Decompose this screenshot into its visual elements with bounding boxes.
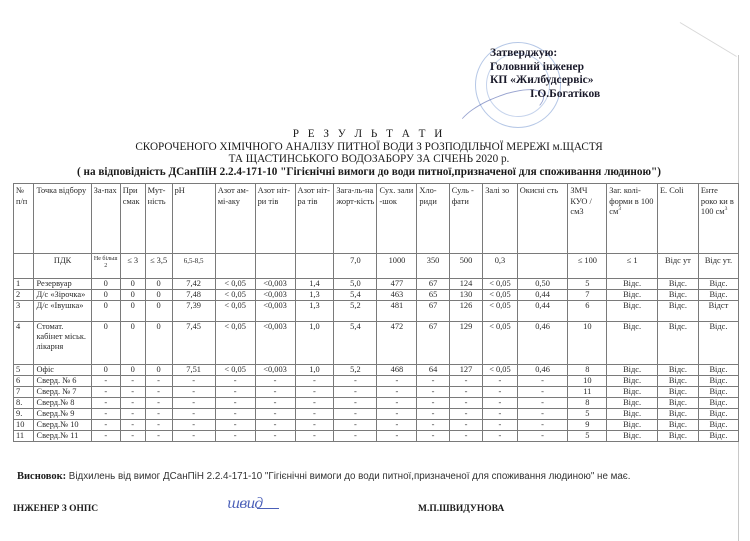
measurement-value: 0,50 (517, 279, 568, 290)
measurement-value: Відс. (607, 420, 658, 431)
measurement-value: - (120, 431, 145, 442)
measurement-value: - (377, 376, 417, 387)
measurement-value: 10 (568, 376, 607, 387)
approval-position: Головний інженер (490, 61, 600, 75)
measurement-value: 124 (449, 279, 482, 290)
measurement-value: 0 (91, 301, 120, 322)
table-row: 8.Сверд.№ 8-------------8Відс.Відс.Відс. (14, 398, 739, 409)
measurement-value: - (417, 376, 449, 387)
measurement-value: - (295, 376, 334, 387)
measurement-value: 1,3 (295, 301, 334, 322)
measurement-value: - (255, 431, 295, 442)
measurement-value: Відс. (698, 322, 738, 365)
measurement-value: 8 (568, 398, 607, 409)
pdk-value (215, 254, 255, 279)
measurement-value: - (449, 398, 482, 409)
measurement-value: Відс. (698, 409, 738, 420)
measurement-value: 0,46 (517, 322, 568, 365)
sampling-point: Резервуар (34, 279, 91, 290)
measurement-value: 463 (377, 290, 417, 301)
table-row: 3Д/с «Івушка»0007,39< 0,05<0,0031,35,248… (14, 301, 739, 322)
measurement-value: - (215, 376, 255, 387)
pdk-value: 350 (417, 254, 449, 279)
measurement-value: - (483, 387, 518, 398)
measurement-value: - (483, 431, 518, 442)
pdk-value (295, 254, 334, 279)
measurement-value: - (255, 420, 295, 431)
measurement-value: Відс. (698, 279, 738, 290)
measurement-value: Відс. (657, 420, 698, 431)
measurement-value: Відс. (657, 301, 698, 322)
table-row: 5Офіс0007,51< 0,05<0,0031,05,246864127< … (14, 365, 739, 376)
superscript: 3 (618, 206, 621, 212)
measurement-value: 1,3 (295, 290, 334, 301)
measurement-value: 10 (568, 322, 607, 365)
sampling-point: Сверд.№ 10 (34, 420, 91, 431)
measurement-value: Відс. (657, 376, 698, 387)
measurement-value: - (91, 398, 120, 409)
table-row: 4Стомат. кабінет міськ. лікарня0007,45< … (14, 322, 739, 365)
measurement-value: - (449, 376, 482, 387)
measurement-value: Відс. (657, 398, 698, 409)
pdk-value: 7,0 (334, 254, 377, 279)
table-header-row: № п/пТочка відборуЗа-пахПри смакМут-ніст… (14, 184, 739, 254)
table-row-pdk: ПДКНе більш 2≤ 3≤ 3,56,5-8,57,0100035050… (14, 254, 739, 279)
measurement-value: 9 (568, 420, 607, 431)
conclusion-text: Відхилень від вимог ДСанПіН 2.2.4-171-10… (69, 471, 631, 482)
table-row: 10Сверд.№ 10-------------9Відс.Відс.Відс… (14, 420, 739, 431)
measurement-value: Відс. (698, 398, 738, 409)
page-fold-corner (680, 22, 737, 57)
measurement-value: - (215, 387, 255, 398)
measurement-value: - (483, 376, 518, 387)
engineer-signature: швид (227, 496, 262, 512)
table-row: 6Сверд. № 6-------------10Відс.Відс.Відс… (14, 376, 739, 387)
column-header: Окисні сть (517, 184, 568, 254)
measurement-value: 5,2 (334, 365, 377, 376)
measurement-value: - (172, 387, 215, 398)
row-number: 9. (14, 409, 34, 420)
measurement-value: Відс. (607, 409, 658, 420)
column-header: За-пах (91, 184, 120, 254)
measurement-value: - (120, 420, 145, 431)
approval-block: Затверджую: Головний інженер КП «Жилбудс… (490, 47, 600, 101)
measurement-value: 0 (91, 365, 120, 376)
measurement-value: Відс. (698, 290, 738, 301)
measurement-value: 0 (120, 301, 145, 322)
column-header: pH (172, 184, 215, 254)
measurement-value: 67 (417, 322, 449, 365)
column-header: Залі зо (483, 184, 518, 254)
measurement-value: Відс. (607, 279, 658, 290)
measurement-value: 67 (417, 279, 449, 290)
column-header: Сух. зали -шок (377, 184, 417, 254)
measurement-value: 67 (417, 301, 449, 322)
measurement-value: - (334, 398, 377, 409)
measurement-value: - (120, 376, 145, 387)
measurement-value: 0 (120, 322, 145, 365)
measurement-value: - (517, 420, 568, 431)
measurement-value: < 0,05 (483, 279, 518, 290)
measurement-value: 1,0 (295, 365, 334, 376)
title-period: ТА ЩАСТИНСЬКОГО ВОДОЗАБОРУ ЗА СІЧЕНЬ 202… (0, 153, 738, 166)
measurement-value: - (417, 420, 449, 431)
measurement-value: 472 (377, 322, 417, 365)
superscript: 3 (725, 206, 728, 212)
measurement-value: Відс. (657, 387, 698, 398)
measurement-value: - (172, 409, 215, 420)
measurement-value: 129 (449, 322, 482, 365)
measurement-value: 5 (568, 409, 607, 420)
measurement-value: 7 (568, 290, 607, 301)
pdk-label: ПДК (34, 254, 91, 279)
measurement-value: < 0,05 (483, 290, 518, 301)
measurement-value: 477 (377, 279, 417, 290)
measurement-value: 7,39 (172, 301, 215, 322)
measurement-value: Відс. (607, 290, 658, 301)
measurement-value: - (377, 398, 417, 409)
pdk-value: 0,3 (483, 254, 518, 279)
measurement-value: Відст (698, 301, 738, 322)
measurement-value: 0 (120, 290, 145, 301)
engineer-name: М.П.ШВИДУНОВА (418, 504, 504, 514)
measurement-value: 0 (120, 279, 145, 290)
pdk-value: Відс ут (657, 254, 698, 279)
measurement-value: Відс. (698, 376, 738, 387)
sampling-point: Сверд. № 7 (34, 387, 91, 398)
row-number: 11 (14, 431, 34, 442)
table-row: 1Резервуар0007,42< 0,05<0,0031,45,047767… (14, 279, 739, 290)
column-header: Суль - фати (449, 184, 482, 254)
measurement-value: < 0,05 (215, 279, 255, 290)
measurement-value: <0,003 (255, 322, 295, 365)
table-row: 11Сверд.№ 11-------------5Відс.Відс.Відс… (14, 431, 739, 442)
measurement-value: 130 (449, 290, 482, 301)
measurement-value: 0,46 (517, 365, 568, 376)
measurement-value: Відс. (698, 365, 738, 376)
measurement-value: - (172, 431, 215, 442)
approval-signatory: І.О.Богатіков (490, 88, 600, 102)
sampling-point: Сверд. № 6 (34, 376, 91, 387)
measurement-value: - (91, 420, 120, 431)
sampling-point: Сверд.№ 8 (34, 398, 91, 409)
measurement-value: Відс. (607, 322, 658, 365)
measurement-value: - (295, 409, 334, 420)
measurement-value: <0,003 (255, 279, 295, 290)
pdk-value: ≤ 3,5 (145, 254, 172, 279)
sampling-point: Сверд.№ 9 (34, 409, 91, 420)
measurement-value: 0 (91, 290, 120, 301)
measurement-value: - (120, 387, 145, 398)
measurement-value: - (91, 376, 120, 387)
sampling-point: Д/с «Івушка» (34, 301, 91, 322)
measurement-value: Відс. (657, 431, 698, 442)
pdk-value (255, 254, 295, 279)
measurement-value: 1,4 (295, 279, 334, 290)
column-header: Зага-ль-на жорт-кість (334, 184, 377, 254)
measurement-value: 7,45 (172, 322, 215, 365)
measurement-value: Відс. (607, 301, 658, 322)
measurement-value: 127 (449, 365, 482, 376)
measurement-value: < 0,05 (483, 365, 518, 376)
measurement-value: - (145, 376, 172, 387)
title-standard: ( на відповідність ДСанПіН 2.2.4-171-10 … (0, 166, 738, 179)
measurement-value: - (255, 376, 295, 387)
measurement-value: - (334, 420, 377, 431)
measurement-value: - (145, 409, 172, 420)
measurement-value: 5 (568, 279, 607, 290)
measurement-value: - (483, 420, 518, 431)
measurement-value: - (377, 387, 417, 398)
measurement-value: 481 (377, 301, 417, 322)
measurement-value: - (295, 398, 334, 409)
measurement-value: <0,003 (255, 301, 295, 322)
column-header: Азот ніт-ри тів (255, 184, 295, 254)
measurement-value: - (449, 409, 482, 420)
measurement-value: Відс. (698, 387, 738, 398)
column-header: № п/п (14, 184, 34, 254)
column-header: Точка відбору (34, 184, 91, 254)
measurement-value: - (517, 387, 568, 398)
measurement-value: 8 (568, 365, 607, 376)
title-results: Р Е З У Л Ь Т А Т И (0, 128, 738, 141)
row-number: 2 (14, 290, 34, 301)
measurement-value: Відс. (657, 365, 698, 376)
results-table: № п/пТочка відборуЗа-пахПри смакМут-ніст… (13, 183, 739, 442)
column-header: Енте роко ки в 100 см3 (698, 184, 738, 254)
measurement-value: - (417, 387, 449, 398)
approval-organization: КП «Жилбудсервіс» (490, 74, 600, 88)
measurement-value: - (255, 387, 295, 398)
table-row: 7Сверд. № 7-------------11Відс.Відс.Відс… (14, 387, 739, 398)
row-number: 10 (14, 420, 34, 431)
measurement-value: - (172, 420, 215, 431)
measurement-value: - (91, 387, 120, 398)
measurement-value: Відс. (657, 409, 698, 420)
measurement-value: Відс. (607, 376, 658, 387)
pdk-value: ≤ 1 (607, 254, 658, 279)
measurement-value: - (334, 409, 377, 420)
measurement-value: - (145, 431, 172, 442)
measurement-value: - (145, 387, 172, 398)
conclusion: Висновок: Відхилень від вимог ДСанПіН 2.… (17, 471, 631, 482)
measurement-value: - (255, 409, 295, 420)
column-header: Азот ніт-ра тів (295, 184, 334, 254)
row-number: 3 (14, 301, 34, 322)
column-header: E. Coli (657, 184, 698, 254)
measurement-value: < 0,05 (483, 301, 518, 322)
measurement-value: Відс. (607, 431, 658, 442)
document-title: Р Е З У Л Ь Т А Т И СКОРОЧЕНОГО ХІМІЧНОГ… (0, 128, 738, 178)
measurement-value: Відс. (607, 387, 658, 398)
table-row: 9.Сверд.№ 9-------------5Відс.Відс.Відс. (14, 409, 739, 420)
measurement-value: 1,0 (295, 322, 334, 365)
measurement-value: - (334, 376, 377, 387)
measurement-value: - (120, 398, 145, 409)
measurement-value: 7,42 (172, 279, 215, 290)
measurement-value: - (417, 398, 449, 409)
measurement-value: - (517, 398, 568, 409)
measurement-value: 468 (377, 365, 417, 376)
measurement-value: - (91, 431, 120, 442)
measurement-value: - (449, 387, 482, 398)
row-number: 6 (14, 376, 34, 387)
measurement-value: - (255, 398, 295, 409)
measurement-value: - (295, 431, 334, 442)
measurement-value: 0 (91, 279, 120, 290)
measurement-value: Відс. (698, 420, 738, 431)
column-header: ЗМЧ КУО / см3 (568, 184, 607, 254)
measurement-value: Відс. (698, 431, 738, 442)
column-header: Хло-риди (417, 184, 449, 254)
pdk-value: 6,5-8,5 (172, 254, 215, 279)
title-analysis: СКОРОЧЕНОГО ХІМІЧНОГО АНАЛІЗУ ПИТНОЇ ВОД… (0, 141, 738, 154)
measurement-value: 11 (568, 387, 607, 398)
column-header: Заг. колі-форми в 100 см3 (607, 184, 658, 254)
measurement-value: 0,44 (517, 301, 568, 322)
measurement-value: - (215, 431, 255, 442)
pdk-value: 500 (449, 254, 482, 279)
measurement-value: - (417, 409, 449, 420)
pdk-value: 1000 (377, 254, 417, 279)
measurement-value: <0,003 (255, 365, 295, 376)
measurement-value: 5,4 (334, 322, 377, 365)
measurement-value: - (483, 409, 518, 420)
measurement-value: - (295, 387, 334, 398)
engineer-position: ІНЖЕНЕР З ОНПС (13, 504, 98, 514)
pdk-value: Відс ут. (698, 254, 738, 279)
measurement-value: - (215, 420, 255, 431)
column-header: Азот ам-мі-аку (215, 184, 255, 254)
measurement-value: 7,51 (172, 365, 215, 376)
measurement-value: - (334, 431, 377, 442)
measurement-value: < 0,05 (483, 322, 518, 365)
measurement-value: 0 (145, 290, 172, 301)
measurement-value: 0,44 (517, 290, 568, 301)
measurement-value: - (377, 409, 417, 420)
measurement-value: - (449, 431, 482, 442)
measurement-value: 0 (120, 365, 145, 376)
pdk-value: ≤ 100 (568, 254, 607, 279)
measurement-value: - (215, 398, 255, 409)
measurement-value: - (377, 431, 417, 442)
measurement-value: - (145, 420, 172, 431)
measurement-value: Відс. (607, 365, 658, 376)
measurement-value: < 0,05 (215, 322, 255, 365)
measurement-value: - (377, 420, 417, 431)
measurement-value: - (334, 387, 377, 398)
column-header: Мут-ність (145, 184, 172, 254)
measurement-value: - (417, 431, 449, 442)
measurement-value: - (517, 376, 568, 387)
measurement-value: - (517, 409, 568, 420)
measurement-value: - (449, 420, 482, 431)
measurement-value: Відс. (657, 279, 698, 290)
measurement-value: - (295, 420, 334, 431)
row-number: 8. (14, 398, 34, 409)
measurement-value: 64 (417, 365, 449, 376)
measurement-value: Відс. (607, 398, 658, 409)
pdk-value (517, 254, 568, 279)
measurement-value: 0 (91, 322, 120, 365)
measurement-value: Відс. (657, 322, 698, 365)
measurement-value: 5 (568, 431, 607, 442)
measurement-value: - (145, 398, 172, 409)
measurement-value: < 0,05 (215, 290, 255, 301)
conclusion-label: Висновок: (17, 471, 66, 482)
measurement-value: - (215, 409, 255, 420)
measurement-value: - (172, 398, 215, 409)
pdk-number-cell (14, 254, 34, 279)
row-number: 4 (14, 322, 34, 365)
measurement-value: 0 (145, 279, 172, 290)
sampling-point: Д/с «Зірочка» (34, 290, 91, 301)
row-number: 7 (14, 387, 34, 398)
measurement-value: 0 (145, 301, 172, 322)
measurement-value: 5,2 (334, 301, 377, 322)
measurement-value: < 0,05 (215, 365, 255, 376)
sampling-point: Стомат. кабінет міськ. лікарня (34, 322, 91, 365)
measurement-value: - (517, 431, 568, 442)
measurement-value: < 0,05 (215, 301, 255, 322)
measurement-value: - (91, 409, 120, 420)
measurement-value: Відс. (657, 290, 698, 301)
measurement-value: <0,003 (255, 290, 295, 301)
approval-heading: Затверджую: (490, 47, 600, 61)
measurement-value: 6 (568, 301, 607, 322)
measurement-value: 65 (417, 290, 449, 301)
measurement-value: 5,0 (334, 279, 377, 290)
row-number: 5 (14, 365, 34, 376)
pdk-value: ≤ 3 (120, 254, 145, 279)
measurement-value: - (172, 376, 215, 387)
measurement-value: 7,48 (172, 290, 215, 301)
pdk-value: Не більш 2 (91, 254, 120, 279)
measurement-value: 5,4 (334, 290, 377, 301)
measurement-value: 126 (449, 301, 482, 322)
measurement-value: - (120, 409, 145, 420)
row-number: 1 (14, 279, 34, 290)
measurement-value: 0 (145, 322, 172, 365)
table-row: 2Д/с «Зірочка»0007,48< 0,05<0,0031,35,44… (14, 290, 739, 301)
sampling-point: Сверд.№ 11 (34, 431, 91, 442)
sampling-point: Офіс (34, 365, 91, 376)
column-header: При смак (120, 184, 145, 254)
measurement-value: - (483, 398, 518, 409)
measurement-value: 0 (145, 365, 172, 376)
